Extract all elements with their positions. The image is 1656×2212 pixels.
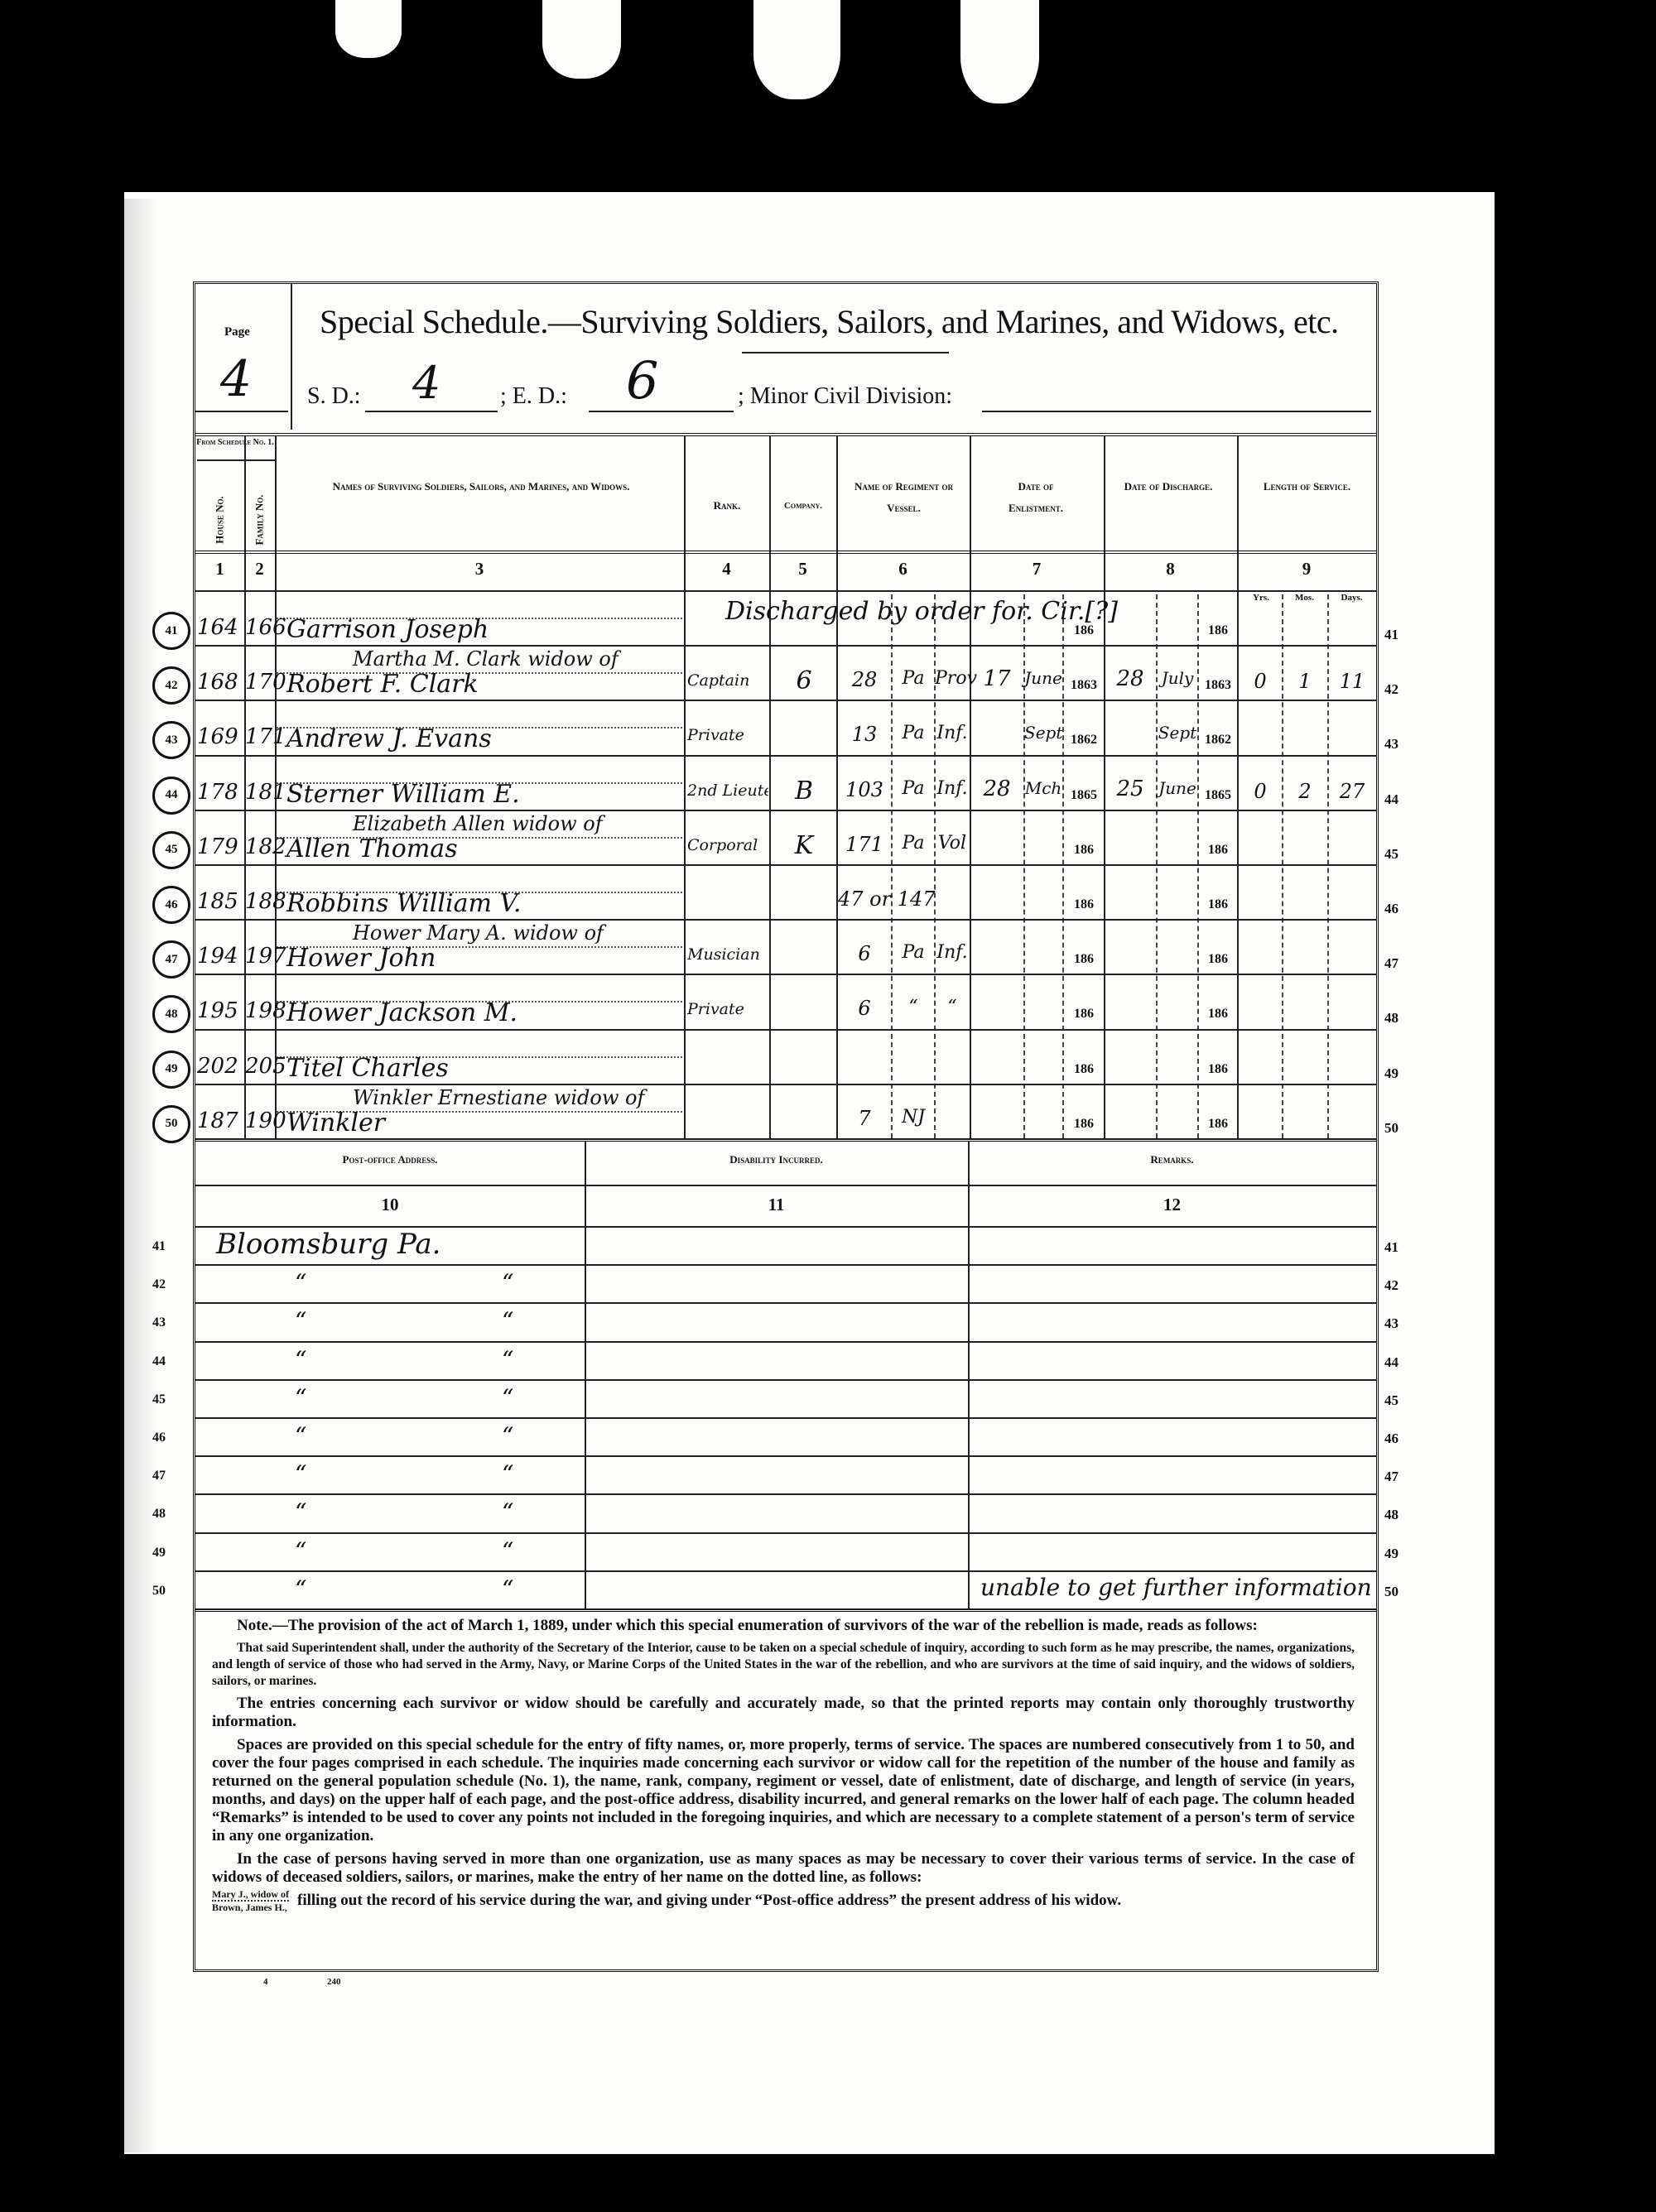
address-ditto-left[interactable]: “ <box>295 1537 306 1565</box>
page-label: Page <box>224 325 250 339</box>
page-number: 4 <box>220 350 252 408</box>
example-widow-line: Mary J., widow of <box>212 1888 289 1902</box>
rank-value[interactable]: Private <box>687 726 768 744</box>
regiment-number[interactable]: 103 <box>838 778 891 801</box>
widow-example-entry: Mary J., widow of Brown, James H., <box>212 1888 289 1913</box>
col-divider <box>684 436 686 1138</box>
family-number[interactable]: 166 <box>245 615 286 640</box>
line-number-right: 41 <box>1384 1239 1398 1256</box>
colnum-rule <box>195 590 1376 592</box>
address-ditto-right[interactable]: “ <box>502 1422 513 1450</box>
soldier-name[interactable]: Winkler <box>286 1108 385 1137</box>
col-number-10: 10 <box>195 1195 585 1215</box>
soldier-name[interactable]: Hower John <box>286 944 436 973</box>
row-rule <box>195 1029 1376 1031</box>
line-number-right: 47 <box>1384 955 1398 972</box>
service-days[interactable]: 11 <box>1328 670 1376 693</box>
regiment-state[interactable]: Pa <box>893 942 934 963</box>
enlist-month[interactable]: Sept <box>1024 723 1062 743</box>
service-months[interactable]: 2 <box>1283 780 1327 803</box>
company-value[interactable]: B <box>775 777 833 805</box>
example-soldier-line: Brown, James H., <box>212 1902 289 1913</box>
widow-name[interactable]: Martha M. Clark widow of <box>353 647 619 671</box>
house-number[interactable]: 195 <box>197 998 238 1023</box>
line-number-left: 41 <box>152 1239 166 1254</box>
note-paragraph-3: In the case of persons having served in … <box>212 1850 1355 1887</box>
page-title: Special Schedule.—Surviving Soldiers, Sa… <box>320 302 1339 341</box>
col-number-8: 8 <box>1104 559 1237 579</box>
regiment-number[interactable]: 6 <box>838 942 891 965</box>
line-number-right: 44 <box>1384 1354 1398 1371</box>
rank-value[interactable]: Captain <box>687 671 768 690</box>
regiment-state[interactable]: Pa <box>893 833 934 854</box>
company-value[interactable]: 6 <box>775 666 833 695</box>
service-years[interactable]: 0 <box>1239 670 1282 693</box>
col-number-1: 1 <box>195 559 244 579</box>
regiment-branch[interactable]: “ <box>935 997 970 1017</box>
row-rule <box>195 1493 1376 1495</box>
regiment-branch[interactable]: Vol <box>935 833 970 854</box>
col-number-5: 5 <box>769 559 836 579</box>
discharge-month[interactable]: June <box>1158 778 1197 798</box>
row-rule <box>195 974 1376 975</box>
discharge-year[interactable]: 186 <box>1199 897 1237 912</box>
subcol-divider <box>1062 594 1064 1138</box>
lower-header-rule <box>195 1185 1376 1186</box>
row-rule <box>195 919 1376 921</box>
address-ditto-right[interactable]: “ <box>502 1498 513 1526</box>
family-number[interactable]: 170 <box>245 670 286 695</box>
regiment-state[interactable]: Pa <box>893 778 934 799</box>
row-rule <box>195 864 1376 866</box>
regiment-number[interactable]: 47 or 147 <box>838 887 891 911</box>
row-rule <box>195 1264 1376 1266</box>
header-divider <box>195 433 1376 436</box>
regiment-state[interactable]: NJ <box>893 1107 934 1128</box>
disability-header: Disability Incurred. <box>585 1149 968 1171</box>
address-ditto-left[interactable]: “ <box>295 1346 306 1373</box>
note-paragraph-3-tail: filling out the record of his service du… <box>297 1892 1121 1910</box>
row-rule <box>195 1302 1376 1304</box>
line-number-circle: 45 <box>152 831 190 869</box>
remarks-value[interactable]: unable to get further information <box>980 1574 1372 1601</box>
discharge-year[interactable]: 1865 <box>1199 788 1237 803</box>
page-box-divider <box>291 284 292 430</box>
length-header: Length of Service. <box>1255 476 1359 498</box>
regiment-number[interactable]: 6 <box>838 997 891 1020</box>
family-number[interactable]: 205 <box>245 1054 286 1079</box>
line-number-left: 43 <box>152 1315 166 1330</box>
film-artifact <box>753 0 840 99</box>
header-rule <box>195 551 1376 554</box>
enlist-year[interactable]: 186 <box>1064 952 1104 967</box>
regiment-number[interactable]: 7 <box>838 1107 891 1130</box>
line-number-left: 48 <box>152 1507 166 1522</box>
regiment-header: Name of Regiment or Vessel. <box>838 476 970 519</box>
house-number[interactable]: 187 <box>197 1108 238 1133</box>
widow-name[interactable]: Hower Mary A. widow of <box>353 921 604 945</box>
row-rule <box>195 1532 1376 1534</box>
address-ditto-left[interactable]: “ <box>295 1575 306 1603</box>
discharge-year[interactable]: 186 <box>1199 1007 1237 1022</box>
row-rule <box>195 1455 1376 1457</box>
ed-value[interactable]: 6 <box>626 350 658 411</box>
film-artifact <box>542 0 621 79</box>
names-header: Names of Surviving Soldiers, Sailors, an… <box>311 476 651 498</box>
regiment-branch[interactable]: Inf. <box>935 723 970 743</box>
line-number-right: 43 <box>1384 736 1398 753</box>
section-divider <box>195 1138 1376 1142</box>
regiment-branch[interactable]: Inf. <box>935 942 970 963</box>
mos-header: Mos. <box>1282 593 1327 603</box>
col-number-12: 12 <box>968 1195 1376 1215</box>
line-number-left: 46 <box>152 1431 166 1445</box>
house-number[interactable]: 164 <box>197 615 238 640</box>
col-number-3: 3 <box>275 559 684 579</box>
row-rule <box>195 1084 1376 1085</box>
note-quote: That said Superintendent shall, under th… <box>212 1640 1355 1690</box>
schedule-form: Page 4 Special Schedule.—Surviving Soldi… <box>193 281 1379 1972</box>
subcol-divider <box>1197 594 1199 1138</box>
line-number-circle: 41 <box>152 612 190 650</box>
discharge-year[interactable]: 186 <box>1199 952 1237 967</box>
company-header: Company. <box>770 495 836 517</box>
note-divider <box>195 1609 1376 1612</box>
regiment-number[interactable]: 13 <box>838 723 891 746</box>
house-number[interactable]: 169 <box>197 724 238 749</box>
soldier-name[interactable]: Andrew J. Evans <box>286 724 492 753</box>
line-number-right: 45 <box>1384 846 1398 863</box>
note-paragraph-2: Spaces are provided on this special sche… <box>212 1736 1355 1845</box>
enlist-year[interactable]: 1865 <box>1064 788 1104 803</box>
discharge-year[interactable]: 186 <box>1199 623 1237 638</box>
regiment-state[interactable]: “ <box>893 997 934 1017</box>
address-ditto-left[interactable]: “ <box>295 1460 306 1488</box>
regiment-branch[interactable]: Inf. <box>935 778 970 799</box>
row-rule <box>195 1379 1376 1381</box>
discharge-year[interactable]: 186 <box>1199 843 1237 858</box>
regiment-number[interactable]: 28 <box>838 668 891 691</box>
mcd-underline <box>982 411 1371 412</box>
house-number[interactable]: 178 <box>197 780 238 805</box>
line-number-right: 49 <box>1384 1065 1398 1082</box>
from-schedule-rule <box>197 459 275 461</box>
line-number-right: 44 <box>1384 791 1398 808</box>
regiment-state[interactable]: Pa <box>893 723 934 743</box>
row-rule <box>195 700 1376 701</box>
regiment-branch[interactable]: Prov <box>935 668 970 689</box>
line-number-right: 41 <box>1384 627 1398 643</box>
address-ditto-right[interactable]: “ <box>502 1346 513 1373</box>
line-number-right: 46 <box>1384 901 1398 917</box>
address-ditto-right[interactable]: “ <box>502 1269 513 1296</box>
rank-value[interactable]: 2nd Lieutenant <box>687 781 768 800</box>
regiment-state[interactable]: Pa <box>893 668 934 689</box>
address-ditto-right[interactable]: “ <box>502 1575 513 1603</box>
paper-edge <box>124 199 157 2152</box>
soldier-name[interactable]: Hower Jackson M. <box>286 998 517 1027</box>
discharge-day[interactable]: 28 <box>1105 666 1155 691</box>
address-ditto-right[interactable]: “ <box>502 1307 513 1334</box>
mcd-label: ; Minor Civil Division: <box>738 383 952 410</box>
print-mark-left: 4 <box>263 1977 268 1987</box>
ed-underline <box>589 411 734 412</box>
row-rule <box>195 645 1376 647</box>
soldier-name[interactable]: Robert F. Clark <box>286 670 479 699</box>
page-box-bottom <box>195 411 288 412</box>
sd-label: S. D.: <box>307 383 361 410</box>
rank-value[interactable]: Corporal <box>687 836 768 854</box>
house-number[interactable]: 168 <box>197 670 238 695</box>
discharge-month[interactable]: July <box>1158 668 1197 688</box>
note-intro: Note.—The provision of the act of March … <box>212 1617 1355 1635</box>
ed-label: ; E. D.: <box>500 383 567 410</box>
discharge-month[interactable]: Sept <box>1158 723 1197 743</box>
service-years[interactable]: 0 <box>1239 780 1282 803</box>
family-number[interactable]: 181 <box>245 780 286 805</box>
yrs-header: Yrs. <box>1240 593 1282 603</box>
enlist-year[interactable]: 1862 <box>1064 733 1104 748</box>
widow-name[interactable]: Winkler Ernestiane widow of <box>353 1086 644 1109</box>
line-number-circle: 46 <box>152 886 190 924</box>
address-header: Post-office Address. <box>195 1149 585 1171</box>
widow-name[interactable]: Elizabeth Allen widow of <box>353 812 603 835</box>
line-number-left: 50 <box>152 1584 166 1599</box>
address-ditto-left[interactable]: “ <box>295 1422 306 1450</box>
enlist-day[interactable]: 17 <box>971 666 1023 691</box>
line-number-left: 44 <box>152 1354 166 1369</box>
line-number-right: 46 <box>1384 1431 1398 1447</box>
enlist-month[interactable]: June <box>1024 668 1062 688</box>
soldier-name[interactable]: Allen Thomas <box>286 834 458 863</box>
address-ditto-left[interactable]: “ <box>295 1307 306 1334</box>
sd-value[interactable]: 4 <box>412 357 440 409</box>
line-number-right: 42 <box>1384 1277 1398 1294</box>
family-number[interactable]: 182 <box>245 834 286 859</box>
family-no-header: Family No. <box>249 481 271 560</box>
line-number-right: 43 <box>1384 1315 1398 1332</box>
enlistment-header: Date of Enlistment. <box>990 476 1081 519</box>
address-ditto-right[interactable]: “ <box>502 1537 513 1565</box>
film-artifact <box>960 0 1039 103</box>
line-number-circle: 44 <box>152 777 190 815</box>
col-number-2: 2 <box>244 559 275 579</box>
house-number[interactable]: 194 <box>197 944 238 969</box>
discharge-header: Date of Discharge. <box>1123 476 1214 498</box>
enlist-year[interactable]: 186 <box>1064 1007 1104 1022</box>
family-number[interactable]: 197 <box>245 944 286 969</box>
line-number-right: 50 <box>1384 1120 1398 1137</box>
line-number-left: 45 <box>152 1392 166 1407</box>
line-number-circle: 50 <box>152 1105 190 1143</box>
sd-underline <box>365 411 498 412</box>
soldier-name[interactable]: Garrison Joseph <box>286 615 489 644</box>
col-number-11: 11 <box>585 1195 968 1215</box>
soldier-name[interactable]: Sterner William E. <box>286 780 520 809</box>
from-schedule-label: From Schedule No. 1. <box>195 438 275 447</box>
col-number-4: 4 <box>684 559 769 579</box>
enlist-year[interactable]: 186 <box>1064 1062 1104 1077</box>
regiment-number[interactable]: 171 <box>838 833 891 856</box>
line-number-right: 47 <box>1384 1469 1398 1485</box>
discharge-year[interactable]: 1863 <box>1199 678 1237 693</box>
family-number[interactable]: 190 <box>245 1108 286 1133</box>
line-number-circle: 42 <box>152 666 190 704</box>
discharge-day[interactable]: 25 <box>1105 777 1155 801</box>
col-divider <box>769 436 771 1138</box>
soldier-name[interactable]: Titel Charles <box>286 1054 449 1083</box>
family-number[interactable]: 198 <box>245 998 286 1023</box>
line-number-right: 45 <box>1384 1392 1398 1409</box>
company-value[interactable]: K <box>775 831 833 860</box>
discharge-year[interactable]: 186 <box>1199 1117 1237 1132</box>
discharge-year[interactable]: 1862 <box>1199 733 1237 748</box>
col-number-7: 7 <box>970 559 1104 579</box>
title-rule <box>742 352 949 353</box>
enlist-year[interactable]: 186 <box>1064 1117 1104 1132</box>
soldier-name[interactable]: Robbins William V. <box>286 889 521 918</box>
house-number[interactable]: 202 <box>197 1054 238 1079</box>
enlist-day[interactable]: 28 <box>971 777 1023 801</box>
address-ditto-right[interactable]: “ <box>502 1384 513 1411</box>
enlist-year[interactable]: 186 <box>1064 843 1104 858</box>
line-number-right: 50 <box>1384 1584 1398 1600</box>
service-months[interactable]: 1 <box>1283 670 1327 693</box>
row-rule <box>195 1417 1376 1419</box>
discharge-year[interactable]: 186 <box>1199 1062 1237 1077</box>
house-number[interactable]: 185 <box>197 889 238 914</box>
enlist-year[interactable]: 1863 <box>1064 678 1104 693</box>
address-ditto-left[interactable]: “ <box>295 1269 306 1296</box>
film-artifact <box>335 0 402 58</box>
row-rule <box>195 1341 1376 1343</box>
row-rule <box>195 755 1376 757</box>
family-number[interactable]: 171 <box>245 724 286 749</box>
line-number-left: 47 <box>152 1469 166 1483</box>
widow-example: Mary J., widow of Brown, James H., filli… <box>212 1888 1355 1913</box>
line-number-right: 49 <box>1384 1546 1398 1562</box>
enlist-year[interactable]: 186 <box>1064 897 1104 912</box>
line-number-circle: 49 <box>152 1051 190 1089</box>
discharge-note[interactable]: Discharged by order for. Cir.[?] <box>725 597 1118 626</box>
days-header: Days. <box>1327 593 1376 603</box>
rank-header: Rank. <box>686 495 768 517</box>
line-number-circle: 47 <box>152 940 190 979</box>
line-number-right: 48 <box>1384 1507 1398 1523</box>
note-paragraph-1: The entries concerning each survivor or … <box>212 1695 1355 1731</box>
line-number-left: 49 <box>152 1546 166 1560</box>
line-number-right: 48 <box>1384 1010 1398 1027</box>
line-number-left: 42 <box>152 1277 166 1292</box>
address-ditto-left[interactable]: “ <box>295 1498 306 1526</box>
family-number[interactable]: 188 <box>245 889 286 914</box>
col-number-6: 6 <box>836 559 970 579</box>
address-ditto-right[interactable]: “ <box>502 1460 513 1488</box>
print-mark-right: 240 <box>327 1977 341 1987</box>
instructions-note: Note.—The provision of the act of March … <box>212 1617 1355 1913</box>
post-office-address[interactable]: Bloomsburg Pa. <box>216 1228 440 1261</box>
enlist-month[interactable]: Mch <box>1024 778 1062 798</box>
remarks-header: Remarks. <box>968 1149 1376 1171</box>
rank-value[interactable]: Private <box>687 1000 768 1018</box>
house-number[interactable]: 179 <box>197 834 238 859</box>
service-days[interactable]: 27 <box>1328 780 1376 803</box>
rank-value[interactable]: Musician <box>687 945 768 964</box>
row-rule <box>195 810 1376 811</box>
row-rule <box>195 1570 1376 1572</box>
col-number-9: 9 <box>1237 559 1376 579</box>
address-ditto-left[interactable]: “ <box>295 1384 306 1411</box>
house-no-header: House No. <box>209 481 231 560</box>
line-number-right: 42 <box>1384 681 1398 698</box>
